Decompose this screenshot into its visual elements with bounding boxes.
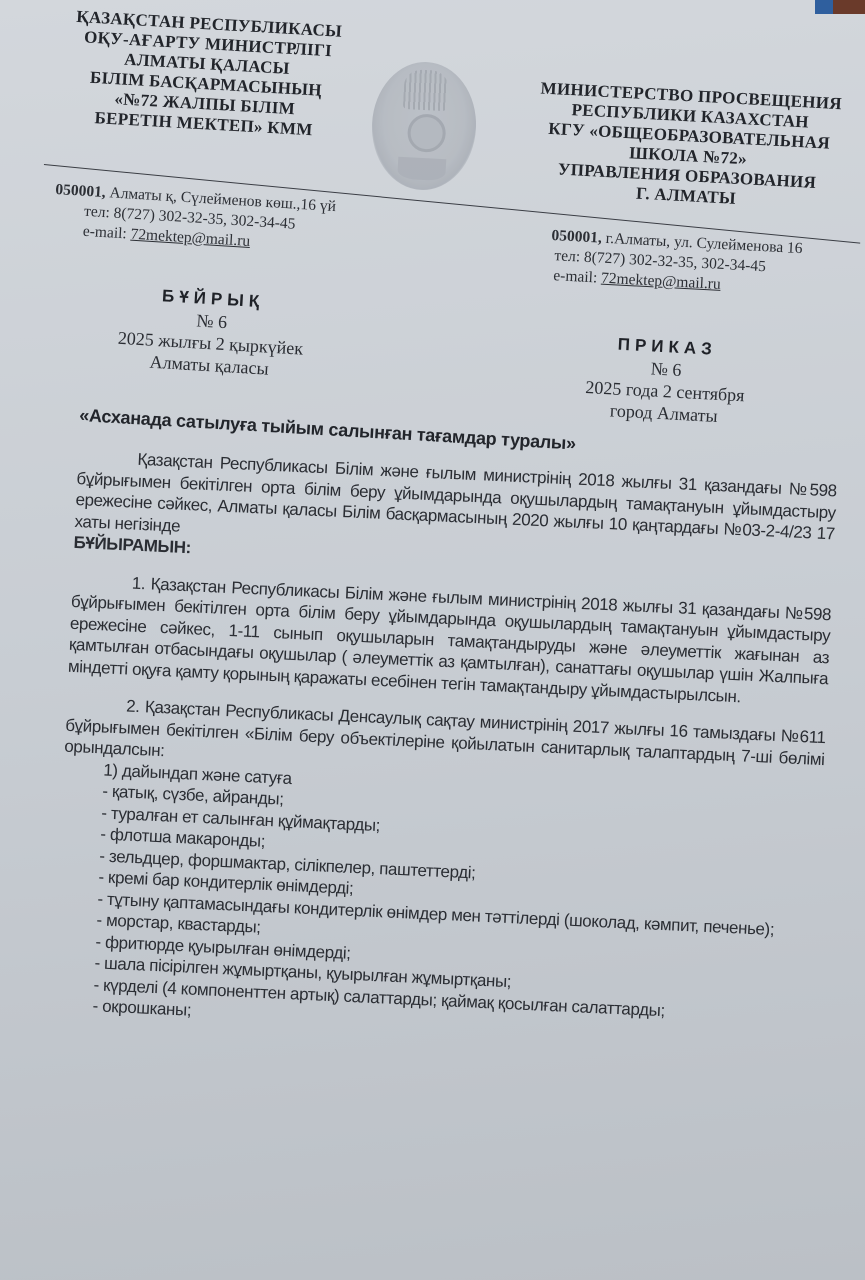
order-body: Қазақстан Республикасы Білім және ғылым …	[52, 446, 837, 1049]
state-emblem-icon	[369, 59, 480, 192]
order-heading-kz: БҰЙРЫҚ № 6 2025 жылғы 2 қыркүйек Алматы …	[69, 280, 354, 384]
email-label: e-mail:	[82, 223, 131, 243]
postal-code: 050001,	[55, 181, 106, 201]
postal-code: 050001,	[551, 227, 602, 247]
header-left-institution: ҚАЗАҚСТАН РЕСПУБЛИКАСЫ ОҚУ-АҒАРТУ МИНИСТ…	[53, 6, 359, 143]
emblem-rays	[403, 69, 449, 111]
corner-binder-tab	[815, 0, 865, 14]
blue-tab	[815, 0, 833, 14]
order-subject: «Асханада сатылуға тыйым салынған тағамд…	[79, 404, 577, 455]
address-block-left: 050001, Алматы қ, Сүлейменов көш.,16 үй …	[52, 180, 336, 257]
header-right-institution: МИНИСТЕРСТВО ПРОСВЕЩЕНИЯ РЕСПУБЛИКИ КАЗА…	[526, 78, 852, 215]
emblem-shanyrak	[407, 113, 447, 153]
email-link[interactable]: 72mektep@mail.ru	[601, 270, 721, 293]
document-page: ҚАЗАҚСТАН РЕСПУБЛИКАСЫ ОҚУ-АҒАРТУ МИНИСТ…	[0, 0, 865, 1280]
order-heading-ru: ПРИКАЗ № 6 2025 года 2 сентября город Ал…	[543, 330, 787, 430]
brown-tab	[833, 0, 865, 14]
address-block-right: 050001, г.Алматы, ул. Сулейменова 16 тел…	[549, 226, 803, 299]
emblem-base	[397, 157, 446, 181]
email-label: e-mail:	[553, 267, 602, 286]
